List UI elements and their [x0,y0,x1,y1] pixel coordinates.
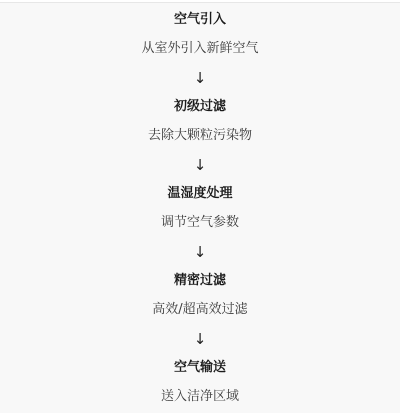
flow-step-primary-filtration: 初级过滤 去除大颗粒污染物 [0,99,400,144]
step-description: 高效/超高效过滤 [0,302,400,318]
down-arrow-icon: ↓ [0,244,400,260]
step-description: 从室外引入新鲜空气 [0,41,400,57]
step-title: 精密过滤 [0,273,400,289]
step-title: 温湿度处理 [0,186,400,202]
down-arrow-icon: ↓ [0,157,400,173]
flow-step-fine-filtration: 精密过滤 高效/超高效过滤 [0,273,400,318]
flow-step-air-delivery: 空气输送 送入洁净区域 [0,360,400,405]
step-description: 调节空气参数 [0,215,400,231]
step-title: 空气引入 [0,12,400,28]
down-arrow-icon: ↓ [0,331,400,347]
step-description: 去除大颗粒污染物 [0,128,400,144]
step-title: 空气输送 [0,360,400,376]
step-title: 初级过滤 [0,99,400,115]
flow-step-temp-humidity: 温湿度处理 调节空气参数 [0,186,400,231]
step-description: 送入洁净区域 [0,389,400,405]
air-purification-flow-diagram: 空气引入 从室外引入新鲜空气 ↓ 初级过滤 去除大颗粒污染物 ↓ 温湿度处理 调… [0,2,400,413]
flow-step-air-intake: 空气引入 从室外引入新鲜空气 [0,12,400,57]
down-arrow-icon: ↓ [0,70,400,86]
